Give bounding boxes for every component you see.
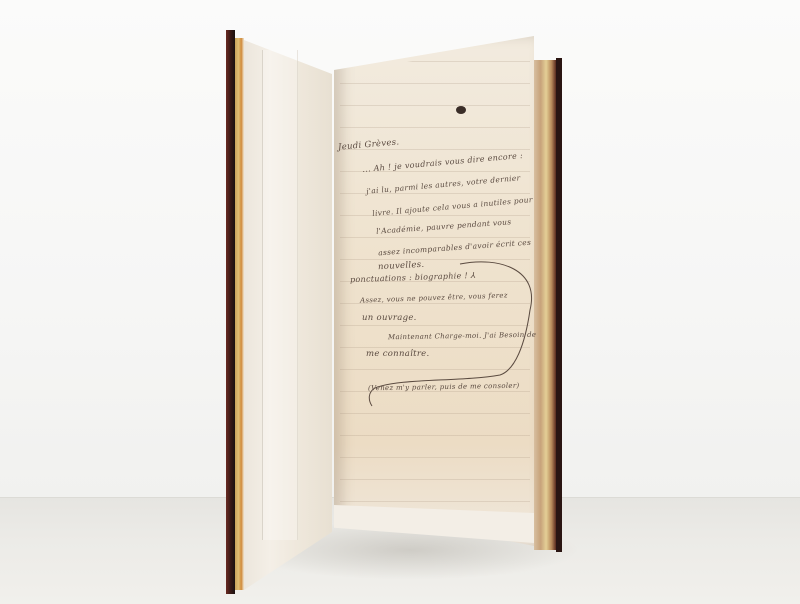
left-page-fold (262, 50, 298, 540)
right-gilt-page-block (534, 60, 556, 550)
left-cover-board (226, 30, 235, 594)
ink-blot (456, 106, 466, 114)
handwritten-line: un ouvrage. (362, 313, 417, 323)
handwritten-line: me connaître. (366, 349, 430, 359)
right-cover-board (556, 58, 562, 552)
left-gilt-edge (235, 38, 244, 590)
